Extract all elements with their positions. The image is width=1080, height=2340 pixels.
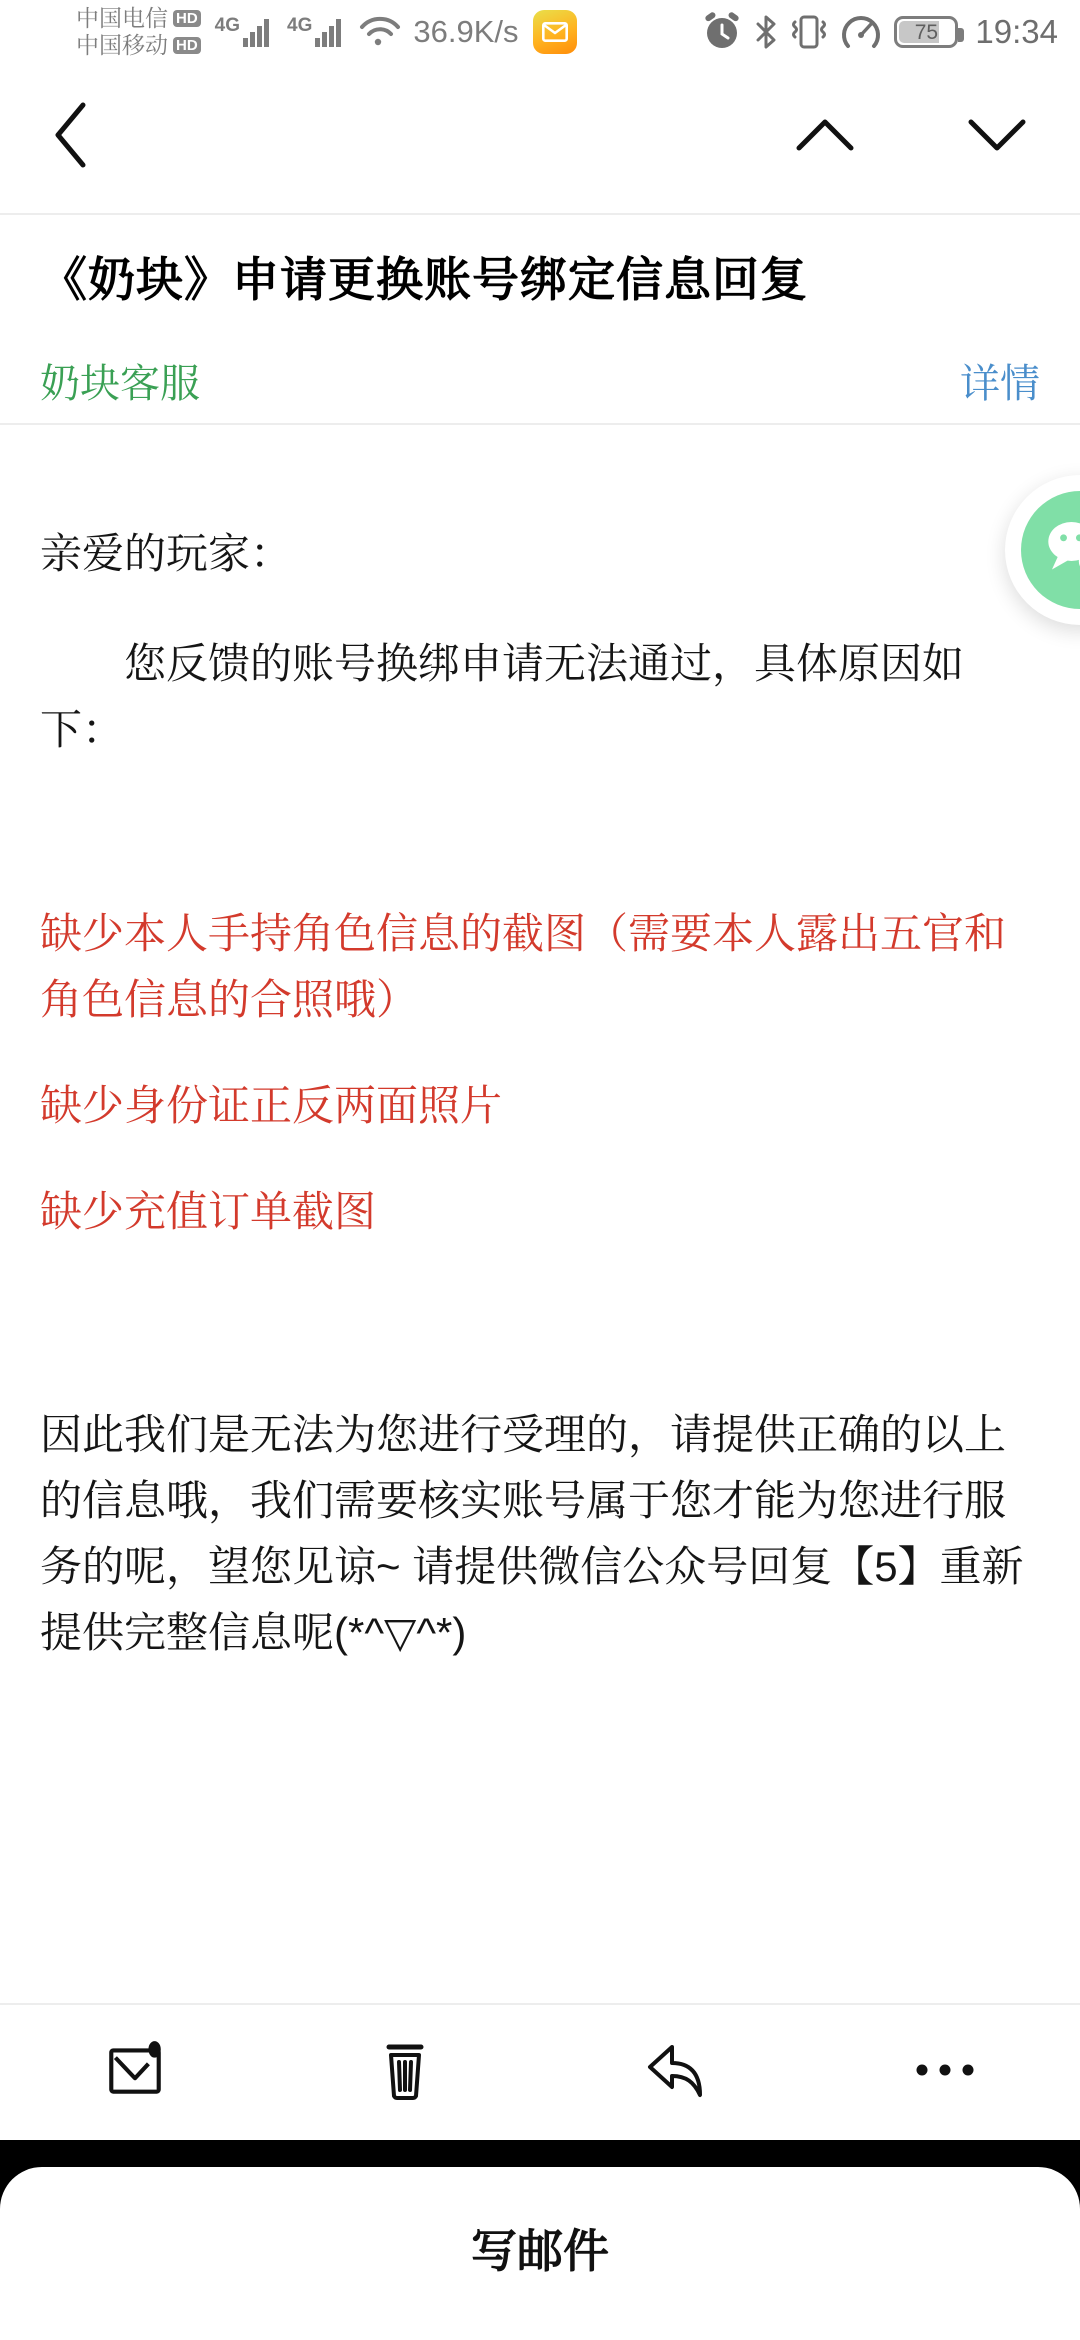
mail-header: 《奶块》申请更换账号绑定信息回复 奶块客服 详情 (0, 217, 1080, 425)
carrier-1-label: 中国电信 (76, 5, 168, 32)
signal-group-2: 4G (287, 17, 345, 47)
mail-nav-bar (0, 62, 1080, 215)
mail-subject: 《奶块》申请更换账号绑定信息回复 (40, 243, 1040, 310)
rejection-reasons: 缺少本人手持角色信息的截图（需要本人露出五官和角色信息的合照哦） 缺少身份证正反… (40, 901, 1040, 1245)
compose-sheet[interactable]: 写邮件 (0, 2167, 1080, 2340)
details-link[interactable]: 详情 (960, 352, 1040, 409)
mail-sender[interactable]: 奶块客服 (40, 352, 200, 409)
next-mail-button[interactable] (966, 117, 1028, 158)
carrier-labels: 中国电信 HD 中国移动 HD (76, 5, 201, 59)
compose-button-label[interactable]: 写邮件 (471, 2215, 609, 2340)
body-intro: 您反馈的账号换绑申请无法通过，具体原因如下： (40, 631, 1040, 763)
reason-item: 缺少充值订单截图 (40, 1179, 1040, 1245)
hd-badge: HD (173, 10, 201, 27)
more-button[interactable] (810, 2005, 1080, 2140)
vibrate-icon (790, 14, 828, 50)
network-speed: 36.9K/s (413, 14, 518, 50)
previous-mail-button[interactable] (794, 117, 856, 158)
battery-percent: 75 (897, 22, 955, 43)
delete-button[interactable] (270, 2005, 540, 2140)
mail-toolbar (0, 2003, 1080, 2140)
wifi-icon (359, 15, 401, 49)
body-closing: 因此我们是无法为您进行受理的，请提供正确的以上的信息哦，我们需要核实账号属于您才… (40, 1402, 1040, 1666)
mark-unread-button[interactable] (0, 2005, 270, 2140)
signal-bars-icon (315, 17, 345, 47)
reply-button[interactable] (540, 2005, 810, 2140)
status-icons-right: 75 19:34 (702, 12, 1058, 52)
mail-notification-icon (533, 10, 577, 54)
hd-badge: HD (173, 37, 201, 54)
chevron-down-icon (966, 117, 1028, 158)
mail-body: 亲爱的玩家： 您反馈的账号换绑申请无法通过，具体原因如下： 缺少本人手持角色信息… (0, 425, 1080, 2003)
reason-item: 缺少本人手持角色信息的截图（需要本人露出五官和角色信息的合照哦） (40, 901, 1040, 1033)
carrier-2-label: 中国移动 (76, 32, 168, 59)
back-chevron-icon (52, 101, 88, 174)
chevron-up-icon (794, 117, 856, 158)
reason-item: 缺少身份证正反两面照片 (40, 1073, 1040, 1139)
signal-group-1: 4G (215, 17, 273, 47)
trash-icon (375, 2038, 435, 2107)
back-button[interactable] (52, 101, 88, 174)
wechat-icon (1021, 491, 1080, 609)
more-dots-icon (914, 2062, 976, 2083)
bluetooth-icon (755, 15, 777, 49)
compose-sheet-backdrop: 写邮件 (0, 2140, 1080, 2340)
alarm-icon (702, 12, 742, 52)
data-saver-icon (841, 13, 881, 51)
network-type-1: 4G (215, 16, 240, 35)
network-type-2: 4G (287, 16, 312, 35)
envelope-unread-icon (102, 2037, 168, 2108)
body-greeting: 亲爱的玩家： (40, 521, 1040, 587)
battery-indicator: 75 (894, 16, 958, 48)
status-time: 19:34 (975, 13, 1058, 51)
signal-bars-icon (243, 17, 273, 47)
status-bar: 中国电信 HD 中国移动 HD 4G 4G (0, 0, 1080, 62)
phone-screen: 中国电信 HD 中国移动 HD 4G 4G (0, 0, 1080, 2340)
reply-arrow-icon (642, 2039, 708, 2106)
